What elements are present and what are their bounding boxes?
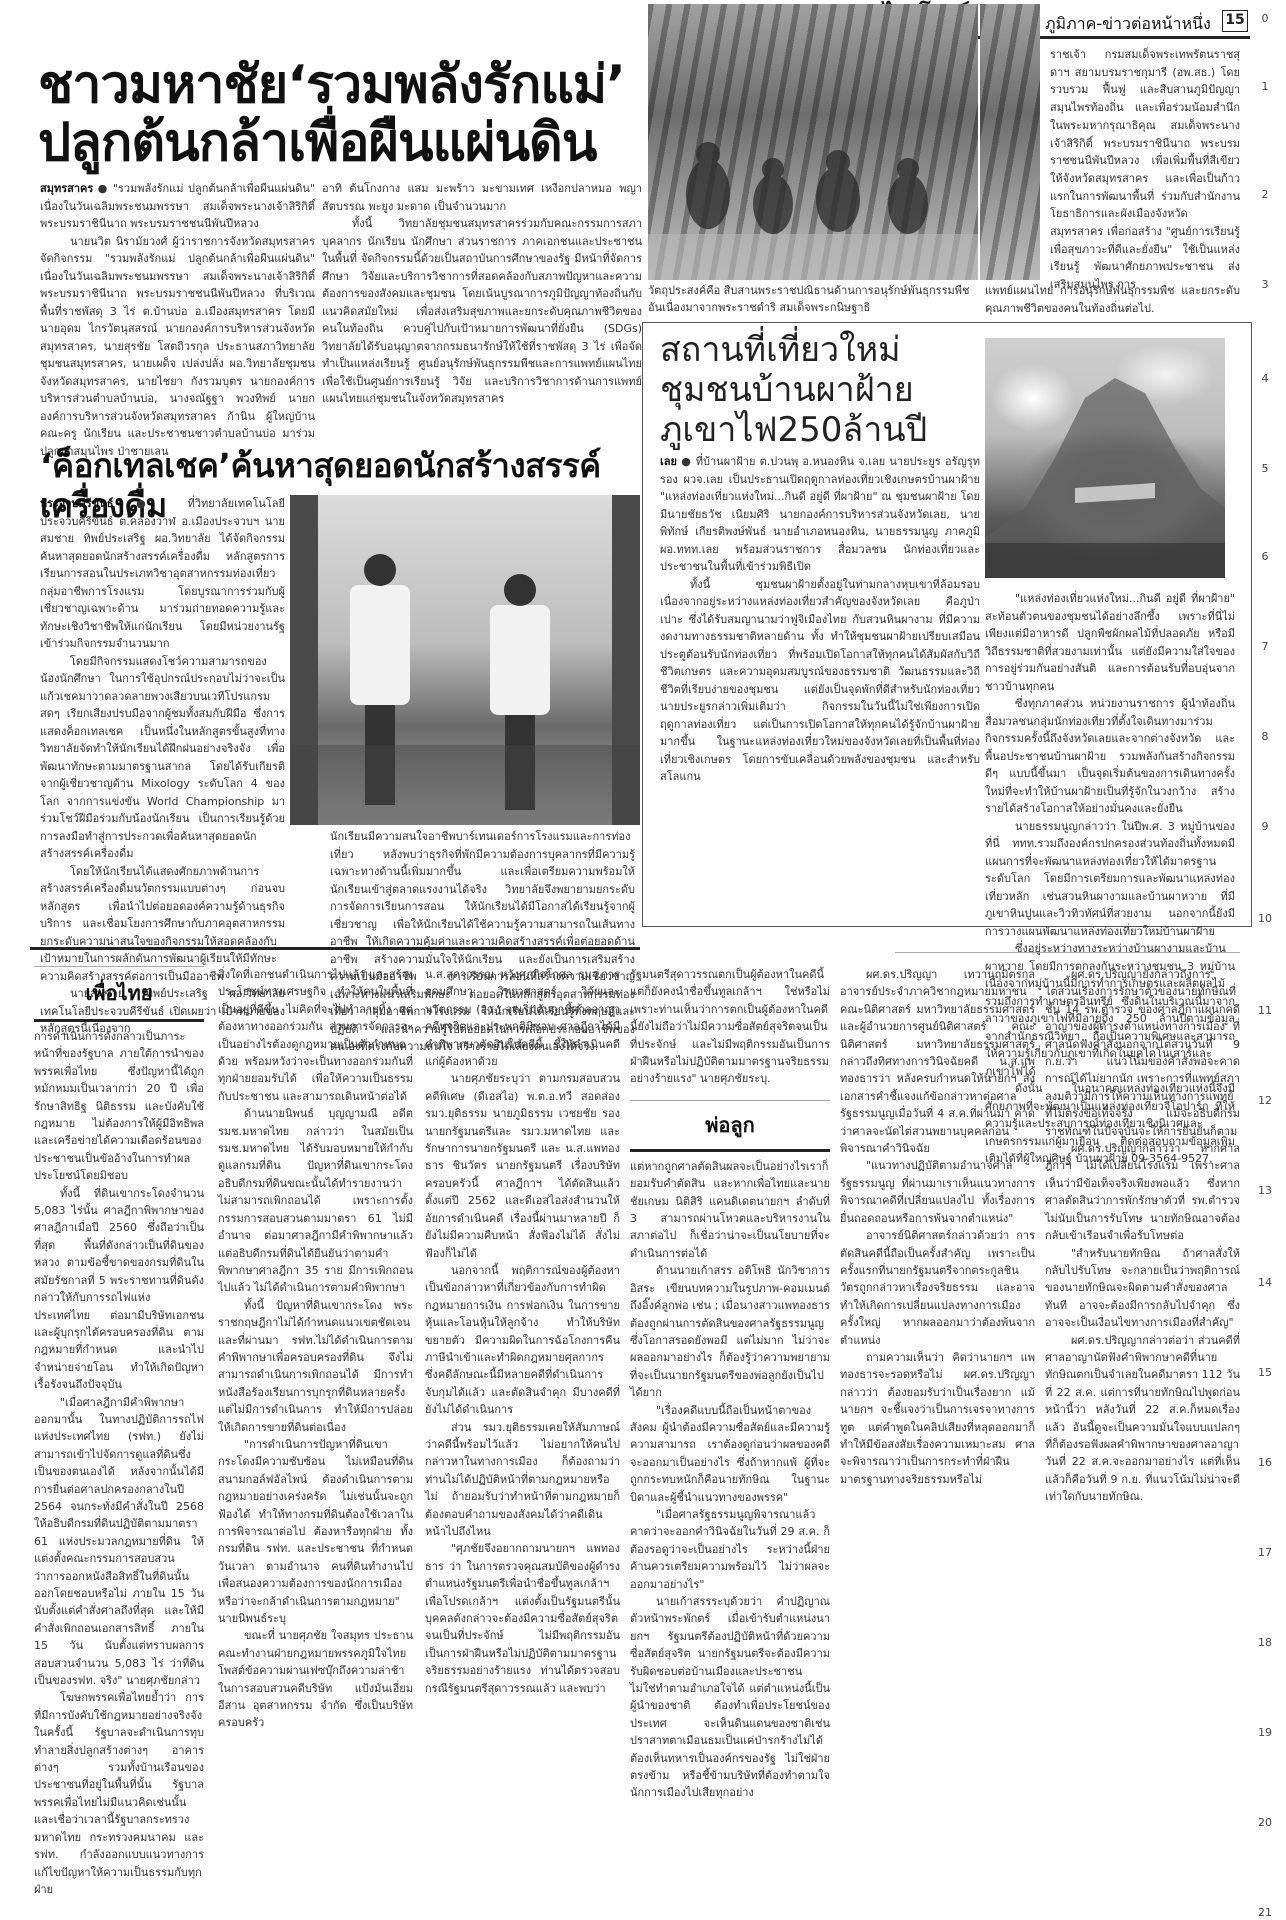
ruler-mark: 3 xyxy=(1250,278,1280,291)
phafai-headline: สถานที่เที่ยวใหม่ ชุมชนบ้านผาฝ้าย ภูเขาไ… xyxy=(660,330,990,450)
ruler-mark: 8 xyxy=(1250,730,1280,743)
bartender-students-image xyxy=(290,495,640,825)
page-number: 15 xyxy=(1222,10,1248,32)
ruler-mark: 12 xyxy=(1250,1094,1280,1107)
dateline: สมุทรสาคร xyxy=(40,182,93,195)
column-6: ผศ.ดร.ปริญญายังกล่าวถึงการไต่สวนเรื่องกา… xyxy=(1045,966,1240,1506)
cocktail-photo xyxy=(290,495,640,825)
title-rule-bottom xyxy=(34,1019,204,1022)
cocktail-col1: ประจวบคีรีขันธ์ ● ที่วิทยาลัยเทคโนโลยีปร… xyxy=(40,495,285,1038)
mahachai-col3-tail: แพทย์แผนไทย การอนุรักษ์พันธุกรรมพืช และย… xyxy=(985,282,1240,317)
ruler-mark: 4 xyxy=(1250,372,1280,385)
main-headline: ชาวมหาชัย‘รวมพลังรักแม่’ ปลูกต้นกล้าเพื่… xyxy=(38,56,650,172)
ruler-mark: 5 xyxy=(1250,462,1280,475)
column-pheuthai: เพื่อไทย การดำเนินการดังกล่าวเป็นภาระหน้… xyxy=(34,966,204,1898)
people-planting-image xyxy=(648,4,978,280)
ruler-mark: 13 xyxy=(1250,1184,1280,1197)
ruler-mark: 15 xyxy=(1250,1366,1280,1379)
ruler-mark: 6 xyxy=(1250,550,1280,563)
ruler-mark: 2 xyxy=(1250,188,1280,201)
ruler-mark: 1 xyxy=(1250,80,1280,93)
mahachai-col2: อาทิ ต้นโกงกาง แสม มะพร้าว มะขามเทศ เหงื… xyxy=(322,180,642,408)
phafai-col1: เลย ● ที่บ้านผาฝ้าย ต.ปวนพุ อ.หนองหิน จ.… xyxy=(660,453,980,786)
column-title: พ่อลูก xyxy=(630,1109,830,1141)
planting-photo-right xyxy=(980,4,1040,280)
ruler-mark: 14 xyxy=(1250,1276,1280,1289)
ruler-mark: 21 xyxy=(1250,1906,1280,1919)
mahachai-col1: สมุทรสาคร ● "รวมพลังรักแม่ ปลูกต้นกล้าเพ… xyxy=(40,180,315,460)
planting-caption: วัตถุประสงค์คือ สืบสานพระราชปณิธานด้านกา… xyxy=(648,282,978,316)
ruler-mark: 11 xyxy=(1250,1004,1280,1017)
mahachai-col3: ราชเจ้า กรมสมเด็จพระเทพรัตนราชสุดาฯ สยาม… xyxy=(1050,46,1240,294)
planting-photo xyxy=(648,4,978,280)
ruler-mark: 7 xyxy=(1250,640,1280,653)
ruler-mark: 17 xyxy=(1250,1546,1280,1559)
ruler-mark: 19 xyxy=(1250,1726,1280,1739)
title-rule-top xyxy=(34,966,204,967)
title-rule-bottom xyxy=(630,1149,830,1152)
ruler-mark: 16 xyxy=(1250,1456,1280,1469)
mountain-photo xyxy=(985,338,1225,578)
ruler-mark: 18 xyxy=(1250,1636,1280,1649)
section-label: ภูมิภาค-ข่าวต่อหน้าหนึ่ง xyxy=(1045,12,1211,37)
section-divider-right xyxy=(895,952,1240,953)
title-rule-top xyxy=(630,1100,830,1101)
ruler-mark: 0 xyxy=(1250,12,1280,25)
section-divider xyxy=(30,947,640,950)
ruler-mark: 20 xyxy=(1250,1816,1280,1829)
ruler-mark: 9 xyxy=(1250,820,1280,833)
column-5: ผศ.ดร.ปริญญา เทวานฤมิตรกุล อาจารย์ประจำภ… xyxy=(840,966,1035,1488)
column-title: เพื่อไทย xyxy=(34,977,204,1009)
column-3: น.ส.สุดาวรรณ หวังศุภกิจโกศล รมว.การอุดมศ… xyxy=(425,966,620,1697)
mountain-image xyxy=(985,338,1225,578)
column-2: สิ่งใดที่เอกชนดำเนินการไปแล้ว และสร้างปร… xyxy=(218,966,413,1732)
ruler-mark: 10 xyxy=(1250,912,1280,925)
column-text: การดำเนินการดังกล่าวเป็นภาระหน้าที่ของรั… xyxy=(34,1028,204,1898)
column-4: รัฐมนตรีสุดาวรรณตกเป็นผู้ต้องหาในคดีนี้ … xyxy=(630,966,830,1802)
